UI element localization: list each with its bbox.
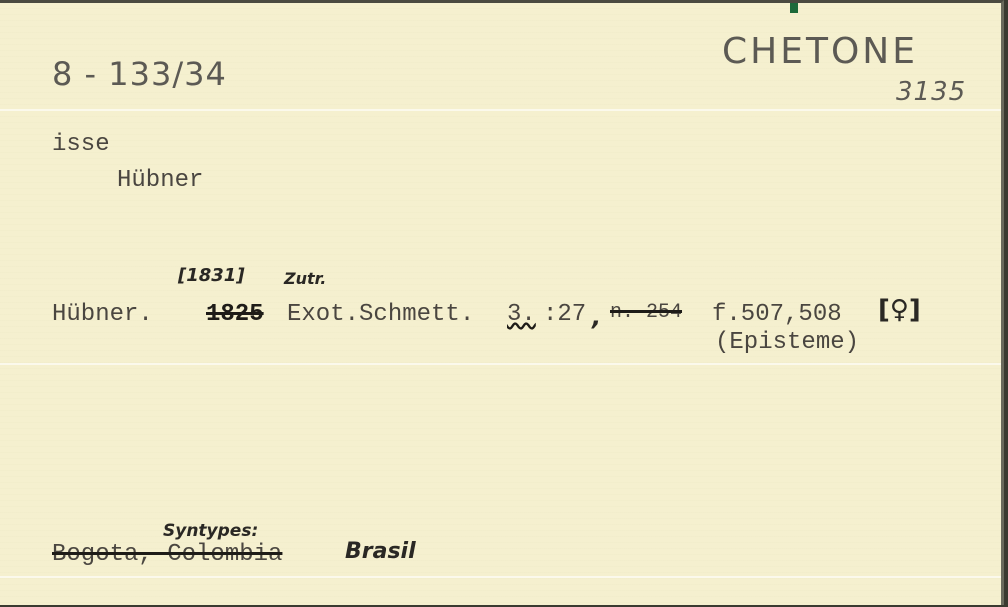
- figures: f.507,508: [712, 301, 842, 328]
- index-card: 8 - 133/34 CHETONE 3135 isse Hübner [183…: [0, 0, 1004, 605]
- locality-struck: Bogota, Colombia: [52, 541, 282, 568]
- genus-number: 3135: [896, 77, 966, 107]
- plate-name: (Episteme): [715, 329, 859, 356]
- journal: Exot.Schmett.: [287, 301, 474, 328]
- comma: ,: [592, 303, 601, 331]
- ruling-line: [0, 109, 1001, 111]
- citation-author: Hübner.: [52, 301, 153, 328]
- date-struck: 1825: [206, 301, 264, 328]
- call-number: 8 - 133/34: [52, 55, 227, 93]
- green-tab-mark: [790, 3, 798, 13]
- struck-ref: n. 254: [610, 301, 682, 324]
- page: :27: [543, 301, 586, 328]
- ruling-line: [0, 576, 1001, 578]
- species-author: Hübner: [117, 167, 203, 194]
- zutr-note: Zutr.: [284, 269, 326, 288]
- species-name: isse: [52, 131, 110, 158]
- genus-pencil: CHETONE: [722, 31, 918, 72]
- locality-added: Brasil: [345, 539, 416, 564]
- sex-note: [♀]: [878, 295, 921, 325]
- ruling-line: [0, 363, 1001, 365]
- volume: 3.: [507, 301, 536, 328]
- date-added: [1831]: [178, 265, 245, 286]
- syntypes-label: Syntypes:: [163, 521, 258, 541]
